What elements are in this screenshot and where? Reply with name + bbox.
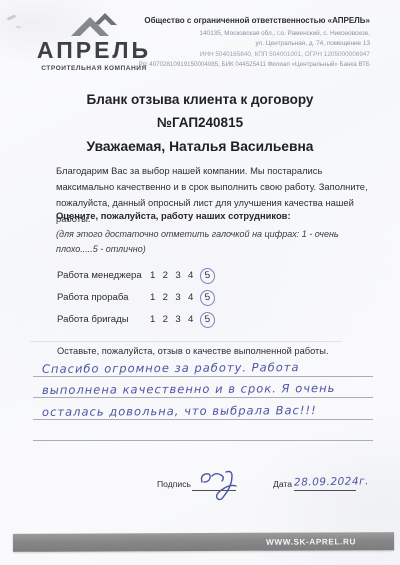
rating-label: Работа бригады <box>57 314 145 325</box>
company-address-1: 140135, Московская обл., г.о. Раменский,… <box>120 29 370 40</box>
company-legal-name: Общество с ограниченной ответственностью… <box>120 16 370 27</box>
rating-scale-number: 3 <box>173 292 183 303</box>
ruled-line <box>33 376 373 377</box>
rating-selected-circled: 5 <box>199 311 217 329</box>
rating-row-foreman: Работа прораба 1 2 3 4 5 <box>57 290 215 312</box>
rating-selected-circled: 5 <box>199 267 217 285</box>
rating-scale-number: 3 <box>173 314 183 325</box>
ratings-block: Работа менеджера 1 2 3 4 5 Работа прораб… <box>57 268 215 334</box>
rating-scale-number: 1 <box>148 292 158 303</box>
ruled-line <box>33 440 373 441</box>
rating-scale-number: 2 <box>160 314 170 325</box>
rating-scale-number: 4 <box>186 270 196 281</box>
rating-scale-number: 1 <box>148 270 158 281</box>
scanned-feedback-form: АПРЕЛЬ СТРОИТЕЛЬНАЯ КОМПАНИЯ Общество с … <box>0 0 400 565</box>
handwritten-review-line: осталась довольна, что выбрала Вас!!! <box>42 403 317 419</box>
rate-prompt: Оцените, пожалуйста, работу наших сотруд… <box>56 210 291 221</box>
rating-scale-number: 2 <box>160 270 170 281</box>
rating-row-crew: Работа бригады 1 2 3 4 5 <box>57 312 215 334</box>
footer-bar: WWW.SK-APREL.RU <box>13 532 394 552</box>
rating-scale-number: 4 <box>186 292 196 303</box>
rating-row-manager: Работа менеджера 1 2 3 4 5 <box>57 268 215 290</box>
company-bank: Р/с 40702810919150004085, БИК 044525411 … <box>120 60 370 71</box>
signature-label: Подпись <box>157 479 191 489</box>
rating-scale-number: 3 <box>173 270 183 281</box>
rating-label: Работа менеджера <box>57 270 145 281</box>
scan-smudge <box>7 14 16 21</box>
roof-icon <box>68 10 120 38</box>
review-prompt: Оставьте, пожалуйста, отзыв о качестве в… <box>57 346 329 356</box>
rating-selected-circled: 5 <box>199 289 217 307</box>
form-title: Бланк отзыва клиента к договору <box>0 92 400 107</box>
rating-scale-number: 1 <box>148 314 158 325</box>
date-label: Дата <box>273 479 292 489</box>
date-underline <box>294 490 356 491</box>
signature-scribble <box>196 466 244 510</box>
rating-label: Работа прораба <box>57 292 145 303</box>
handwritten-review-line: Спасибо огромное за работу. Работа <box>42 360 300 376</box>
scan-smudge <box>16 25 21 28</box>
rating-scale-number: 4 <box>186 314 196 325</box>
handwritten-date: 28.09.2024г. <box>294 475 369 488</box>
ruled-line <box>33 397 373 398</box>
website-url: WWW.SK-APREL.RU <box>266 537 356 546</box>
section-divider <box>30 341 342 342</box>
rating-scale-number: 2 <box>160 292 170 303</box>
handwritten-review-line: выполнена качественно и в срок. Я очень <box>42 381 335 397</box>
company-address-2: ул. Центральная, д. 74, помещение 13 <box>120 39 370 50</box>
company-requisites: Общество с ограниченной ответственностью… <box>120 16 370 71</box>
contract-number: №ГАП240815 <box>0 115 400 130</box>
company-registration: ИНН 5040165840, КПП 504001001, ОГРН 1205… <box>120 50 370 61</box>
rate-note: (для этого достаточно отметить галочкой … <box>56 227 346 257</box>
ruled-line <box>33 419 373 420</box>
salutation: Уважаемая, Наталья Васильевна <box>0 139 400 154</box>
